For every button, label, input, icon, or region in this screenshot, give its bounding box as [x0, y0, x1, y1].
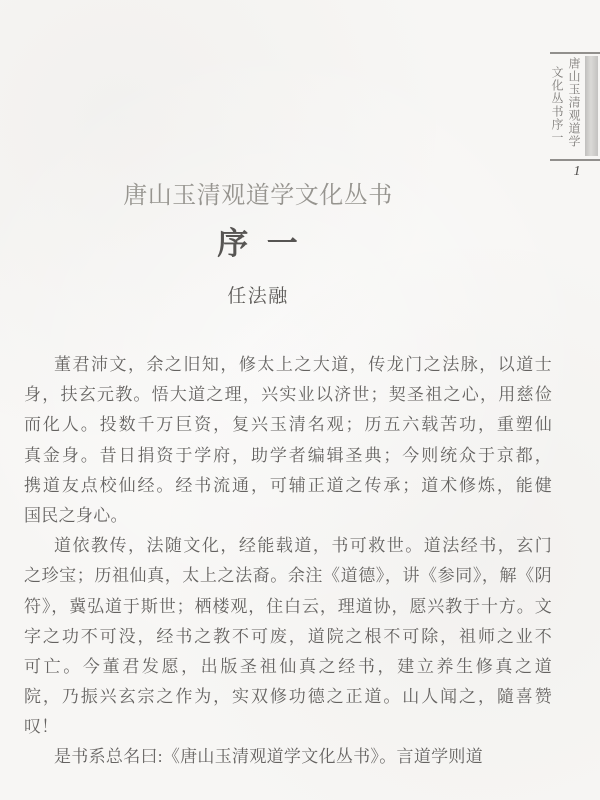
running-head-chapter-column: 文化丛书序一 [550, 66, 563, 144]
body-line: 符》，冀弘道于斯世；栖楼观，住白云，理道协，愿兴教于十方。文 [24, 592, 552, 622]
body-line: 国民之身心。 [24, 501, 552, 531]
page-edge-bar [585, 56, 598, 156]
page-number: 1 [564, 164, 590, 180]
author-name: 任法融 [25, 287, 491, 306]
body-line: 是书系总名曰:《唐山玉清观道学文化丛书》。言道学则道 [24, 742, 552, 772]
body-line: 而化人。投数千万巨资，复兴玉清名观；历五六载苦功，重塑仙 [24, 410, 552, 440]
body-line: 携道友点校仙经。经书流通，可辅正道之传承；道术修炼，能健 [24, 471, 552, 501]
body-line: 叹！ [24, 712, 552, 742]
body-line: 身，扶玄元教。悟大道之理，兴实业以济世；契圣祖之心，用慈俭 [24, 380, 552, 410]
running-head-bottom-rule [550, 159, 600, 161]
running-head-series-column: 唐山玉清观道学 [567, 57, 580, 148]
running-head-top-rule [550, 52, 600, 54]
body-line: 字之功不可没，经书之教不可废，道院之根不可除，祖师之业不 [24, 622, 552, 652]
running-head: 唐山玉清观道学 文化丛书序一 1 [548, 52, 600, 192]
body-line: 董君沛文，余之旧知，修太上之大道，传龙门之法脉，以道士 [24, 350, 552, 380]
body-line: 道依教传，法随文化，经能载道，书可救世。道法经书，玄门 [24, 531, 552, 561]
body-text: 董君沛文，余之旧知，修太上之大道，传龙门之法脉，以道士身，扶玄元教。悟大道之理，… [24, 350, 552, 773]
body-line: 真金身。昔日捐资于学府，助学者编辑圣典；今则统众于京都， [24, 441, 552, 471]
body-line: 可亡。今董君发愿，出版圣祖仙真之经书，建立养生修真之道 [24, 652, 552, 682]
scanned-book-page: { "page": { "running_head": { "outer_col… [0, 0, 600, 800]
body-line: 之珍宝；历祖仙真，太上之法裔。余注《道德》，讲《参同》，解《阴 [24, 561, 552, 591]
body-line: 院，乃振兴玄宗之作为，实双修功德之正道。山人闻之，隨喜赞 [24, 682, 552, 712]
series-title: 唐山玉清观道学文化丛书 [25, 184, 491, 208]
preface-title: 序 一 [25, 228, 491, 259]
